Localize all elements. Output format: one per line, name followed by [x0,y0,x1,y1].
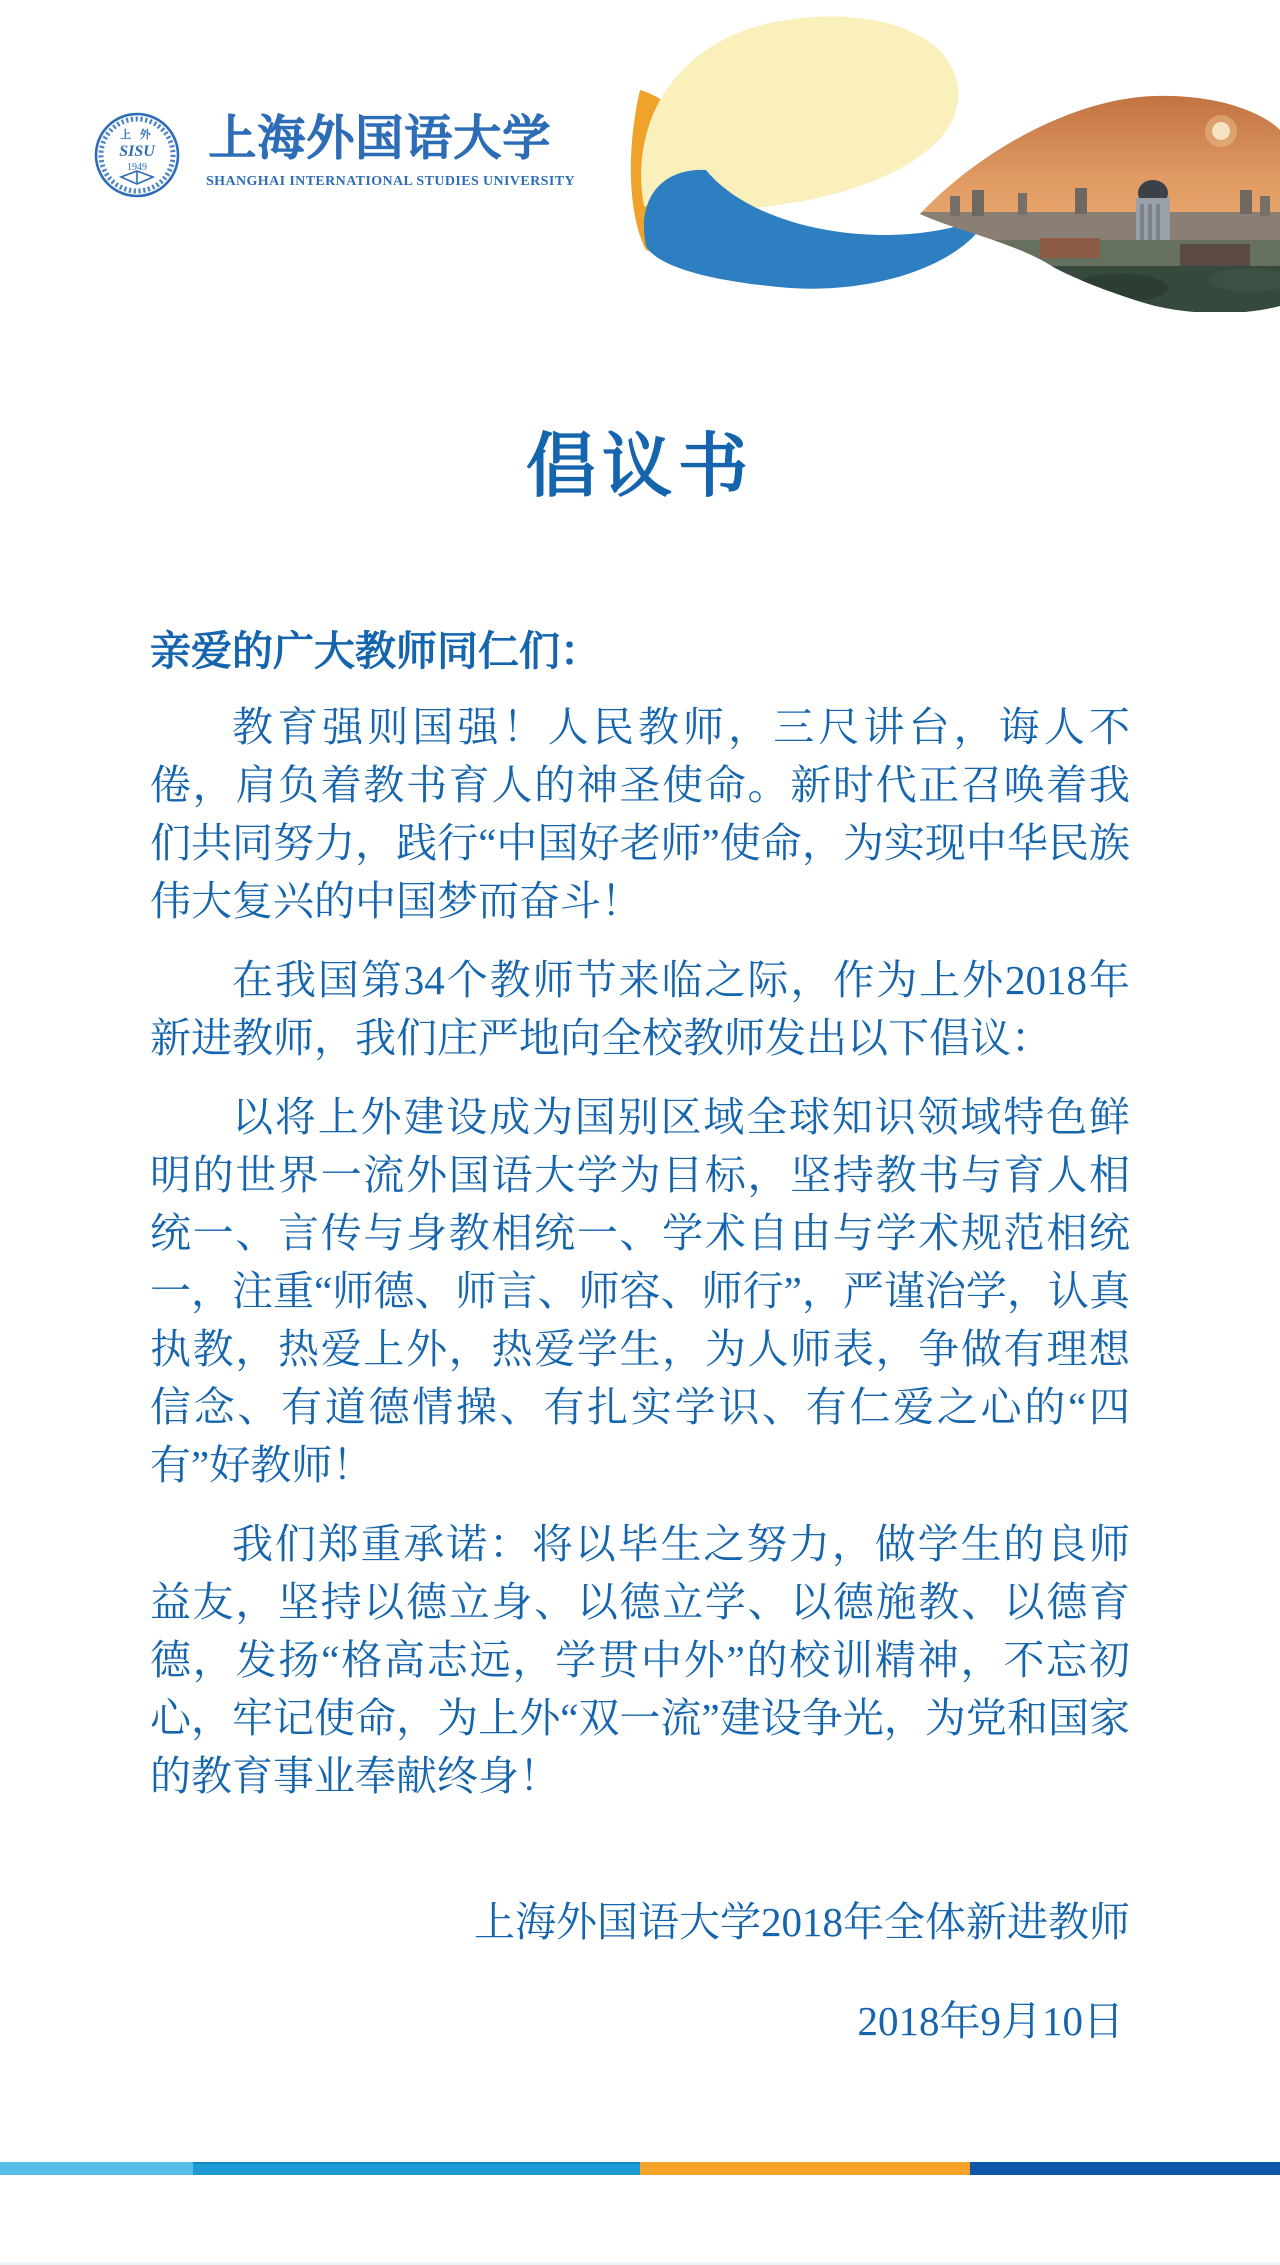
document-title: 倡议书 [0,428,1280,508]
university-name-cn: 上海外国语大学 [208,108,548,170]
university-name-en: SHANGHAI INTERNATIONAL STUDIES UNIVERSIT… [206,174,606,190]
paragraph-2: 在我国第34个教师节来临之际，作为上外2018年新进教师，我们庄严地向全校教师发… [150,951,1130,1067]
letter-body: 亲爱的广大教师同仁们： 教育强则国强！人民教师，三尺讲台，诲人不倦，肩负着教书育… [150,622,1130,2091]
university-logo: 上 外 SISU 1949 上海外国语大学 SHANGHAI INTERNATI… [94,108,654,208]
university-seal-icon: 上 外 SISU 1949 [94,112,180,198]
paragraph-4: 我们郑重承诺：将以毕生之努力，做学生的良师益友，坚持以德立身、以德立学、以德施教… [150,1515,1130,1805]
letter-page: 上 外 SISU 1949 上海外国语大学 SHANGHAI INTERNATI… [0,0,1280,2265]
paragraph-1: 教育强则国强！人民教师，三尺讲台，诲人不倦，肩负着教书育人的神圣使命。新时代正召… [150,698,1130,930]
seal-top-text: 上 外 [120,127,154,141]
signature-line: 上海外国语大学2018年全体新进教师 [150,1893,1130,1951]
stripe-segment-blue [193,2162,640,2175]
stripe-segment-navy [970,2162,1280,2175]
date-line: 2018年9月10日 [150,1992,1130,2050]
salutation: 亲爱的广大教师同仁们： [150,622,1130,680]
campus-photo [916,90,1280,312]
stripe-segment-light-blue [0,2162,193,2175]
stripe-segment-orange [640,2162,970,2175]
decorative-swoosh [620,0,1280,312]
footer-color-stripe [0,2162,1280,2175]
paragraph-3: 以将上外建设成为国别区域全球知识领域特色鲜明的世界一流外国语大学为目标，坚持教书… [150,1088,1130,1494]
seal-name-text: SISU [119,143,156,160]
